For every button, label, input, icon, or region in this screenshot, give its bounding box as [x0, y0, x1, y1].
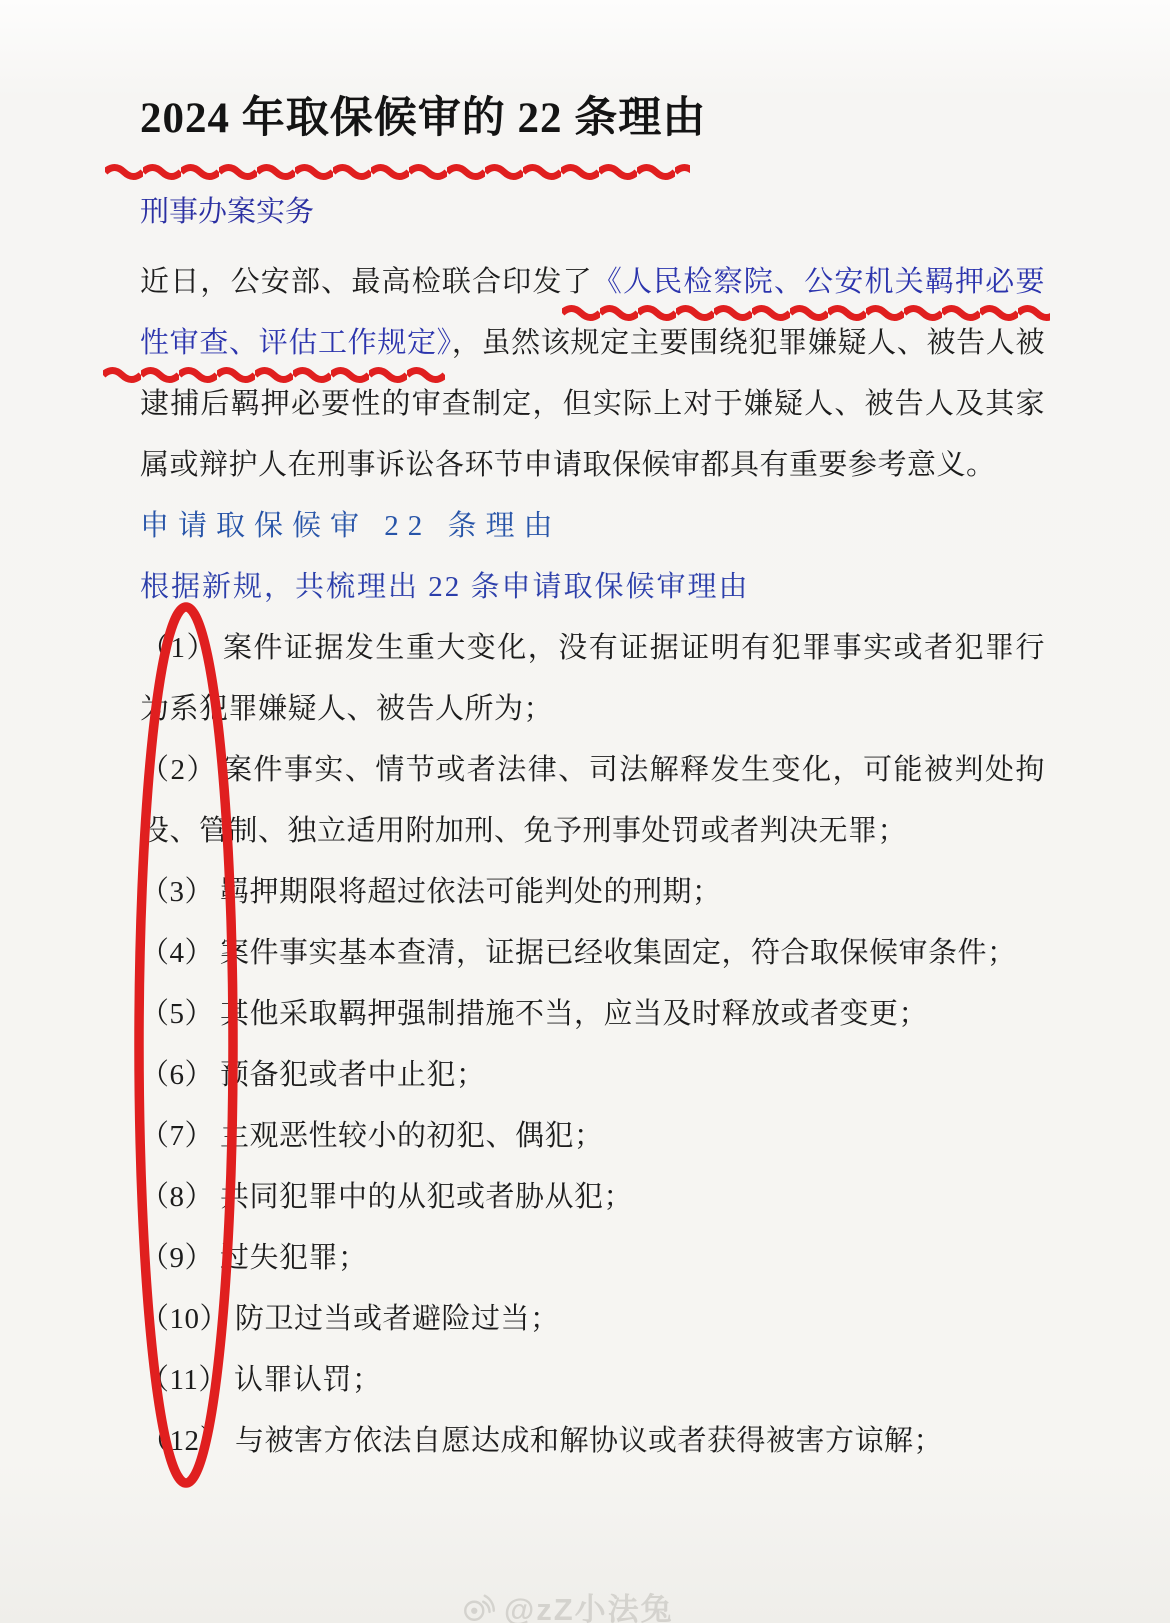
- list-item: （9）过失犯罪；: [140, 1228, 1045, 1289]
- item-text: 防卫过当或者避险过当；: [235, 1303, 560, 1335]
- item-text: 主观恶性较小的初犯、偶犯；: [220, 1120, 604, 1152]
- item-text: 与被害方依法自愿达成和解协议或者获得被害方谅解；: [235, 1425, 943, 1457]
- page-title: 2024 年取保候审的 22 条理由: [140, 84, 1045, 154]
- section-subheading: 根据新规，共梳理出 22 条申请取保候审理由: [140, 557, 1045, 618]
- list-item: （3）羁押期限将超过依法可能判处的刑期；: [140, 862, 1045, 923]
- list-item: （10）防卫过当或者避险过当；: [140, 1289, 1045, 1350]
- section-heading: 申请取保候审 22 条理由: [140, 496, 1045, 557]
- list-item: （5）其他采取羁押强制措施不当，应当及时释放或者变更；: [140, 984, 1045, 1045]
- source-tag: 刑事办案实务: [140, 194, 1045, 230]
- item-number: （4）: [140, 937, 214, 969]
- reason-list: （1）案件证据发生重大变化，没有证据证明有犯罪事实或者犯罪行为系犯罪嫌疑人、被告…: [140, 618, 1045, 1472]
- red-wavy-underline-link-1: [562, 301, 1050, 325]
- item-text: 羁押期限将超过依法可能判处的刑期；: [220, 876, 722, 908]
- item-number: （8）: [140, 1181, 214, 1213]
- item-text: 共同犯罪中的从犯或者胁从犯；: [220, 1181, 633, 1213]
- item-text: 案件事实基本查清，证据已经收集固定，符合取保候审条件；: [220, 937, 1017, 969]
- item-number: （3）: [140, 876, 214, 908]
- weibo-icon: [460, 1589, 496, 1623]
- item-number: （1）: [140, 632, 217, 664]
- item-text: 认罪认罚；: [234, 1364, 382, 1396]
- item-text: 过失犯罪；: [220, 1242, 368, 1274]
- item-text: 预备犯或者中止犯；: [220, 1059, 486, 1091]
- red-wavy-underline-title: [105, 160, 690, 184]
- article-body: 2024 年取保候审的 22 条理由 刑事办案实务 近日，公安部、最高检联合印发…: [140, 84, 1045, 1472]
- watermark: @zZ小法兔: [460, 1584, 674, 1623]
- intro-text-before: 近日，公安部、最高检联合印发了: [140, 266, 593, 298]
- watermark-text: @zZ小法兔: [504, 1584, 674, 1623]
- item-text: 案件证据发生重大变化，没有证据证明有犯罪事实或者犯罪行为系犯罪嫌疑人、被告人所为…: [140, 632, 1045, 725]
- list-item: （2）案件事实、情节或者法律、司法解释发生变化，可能被判处拘役、管制、独立适用附…: [140, 740, 1045, 862]
- list-item: （1）案件证据发生重大变化，没有证据证明有犯罪事实或者犯罪行为系犯罪嫌疑人、被告…: [140, 618, 1045, 740]
- item-number: （11）: [140, 1364, 228, 1396]
- item-text: 其他采取羁押强制措施不当，应当及时释放或者变更；: [220, 998, 928, 1030]
- list-item: （4）案件事实基本查清，证据已经收集固定，符合取保候审条件；: [140, 923, 1045, 984]
- list-item: （12）与被害方依法自愿达成和解协议或者获得被害方谅解；: [140, 1411, 1045, 1472]
- list-item: （8）共同犯罪中的从犯或者胁从犯；: [140, 1167, 1045, 1228]
- item-text: 案件事实、情节或者法律、司法解释发生变化，可能被判处拘役、管制、独立适用附加刑、…: [140, 754, 1045, 847]
- item-number: （7）: [140, 1120, 214, 1152]
- item-number: （6）: [140, 1059, 214, 1091]
- item-number: （10）: [140, 1303, 229, 1335]
- item-number: （12）: [140, 1425, 229, 1457]
- item-number: （5）: [140, 998, 214, 1030]
- list-item: （7）主观恶性较小的初犯、偶犯；: [140, 1106, 1045, 1167]
- list-item: （6）预备犯或者中止犯；: [140, 1045, 1045, 1106]
- item-number: （9）: [140, 1242, 214, 1274]
- list-item: （11）认罪认罚；: [140, 1350, 1045, 1411]
- red-wavy-underline-link-2: [103, 363, 445, 387]
- item-number: （2）: [140, 754, 217, 786]
- document-page: 2024 年取保候审的 22 条理由 刑事办案实务 近日，公安部、最高检联合印发…: [0, 0, 1170, 1623]
